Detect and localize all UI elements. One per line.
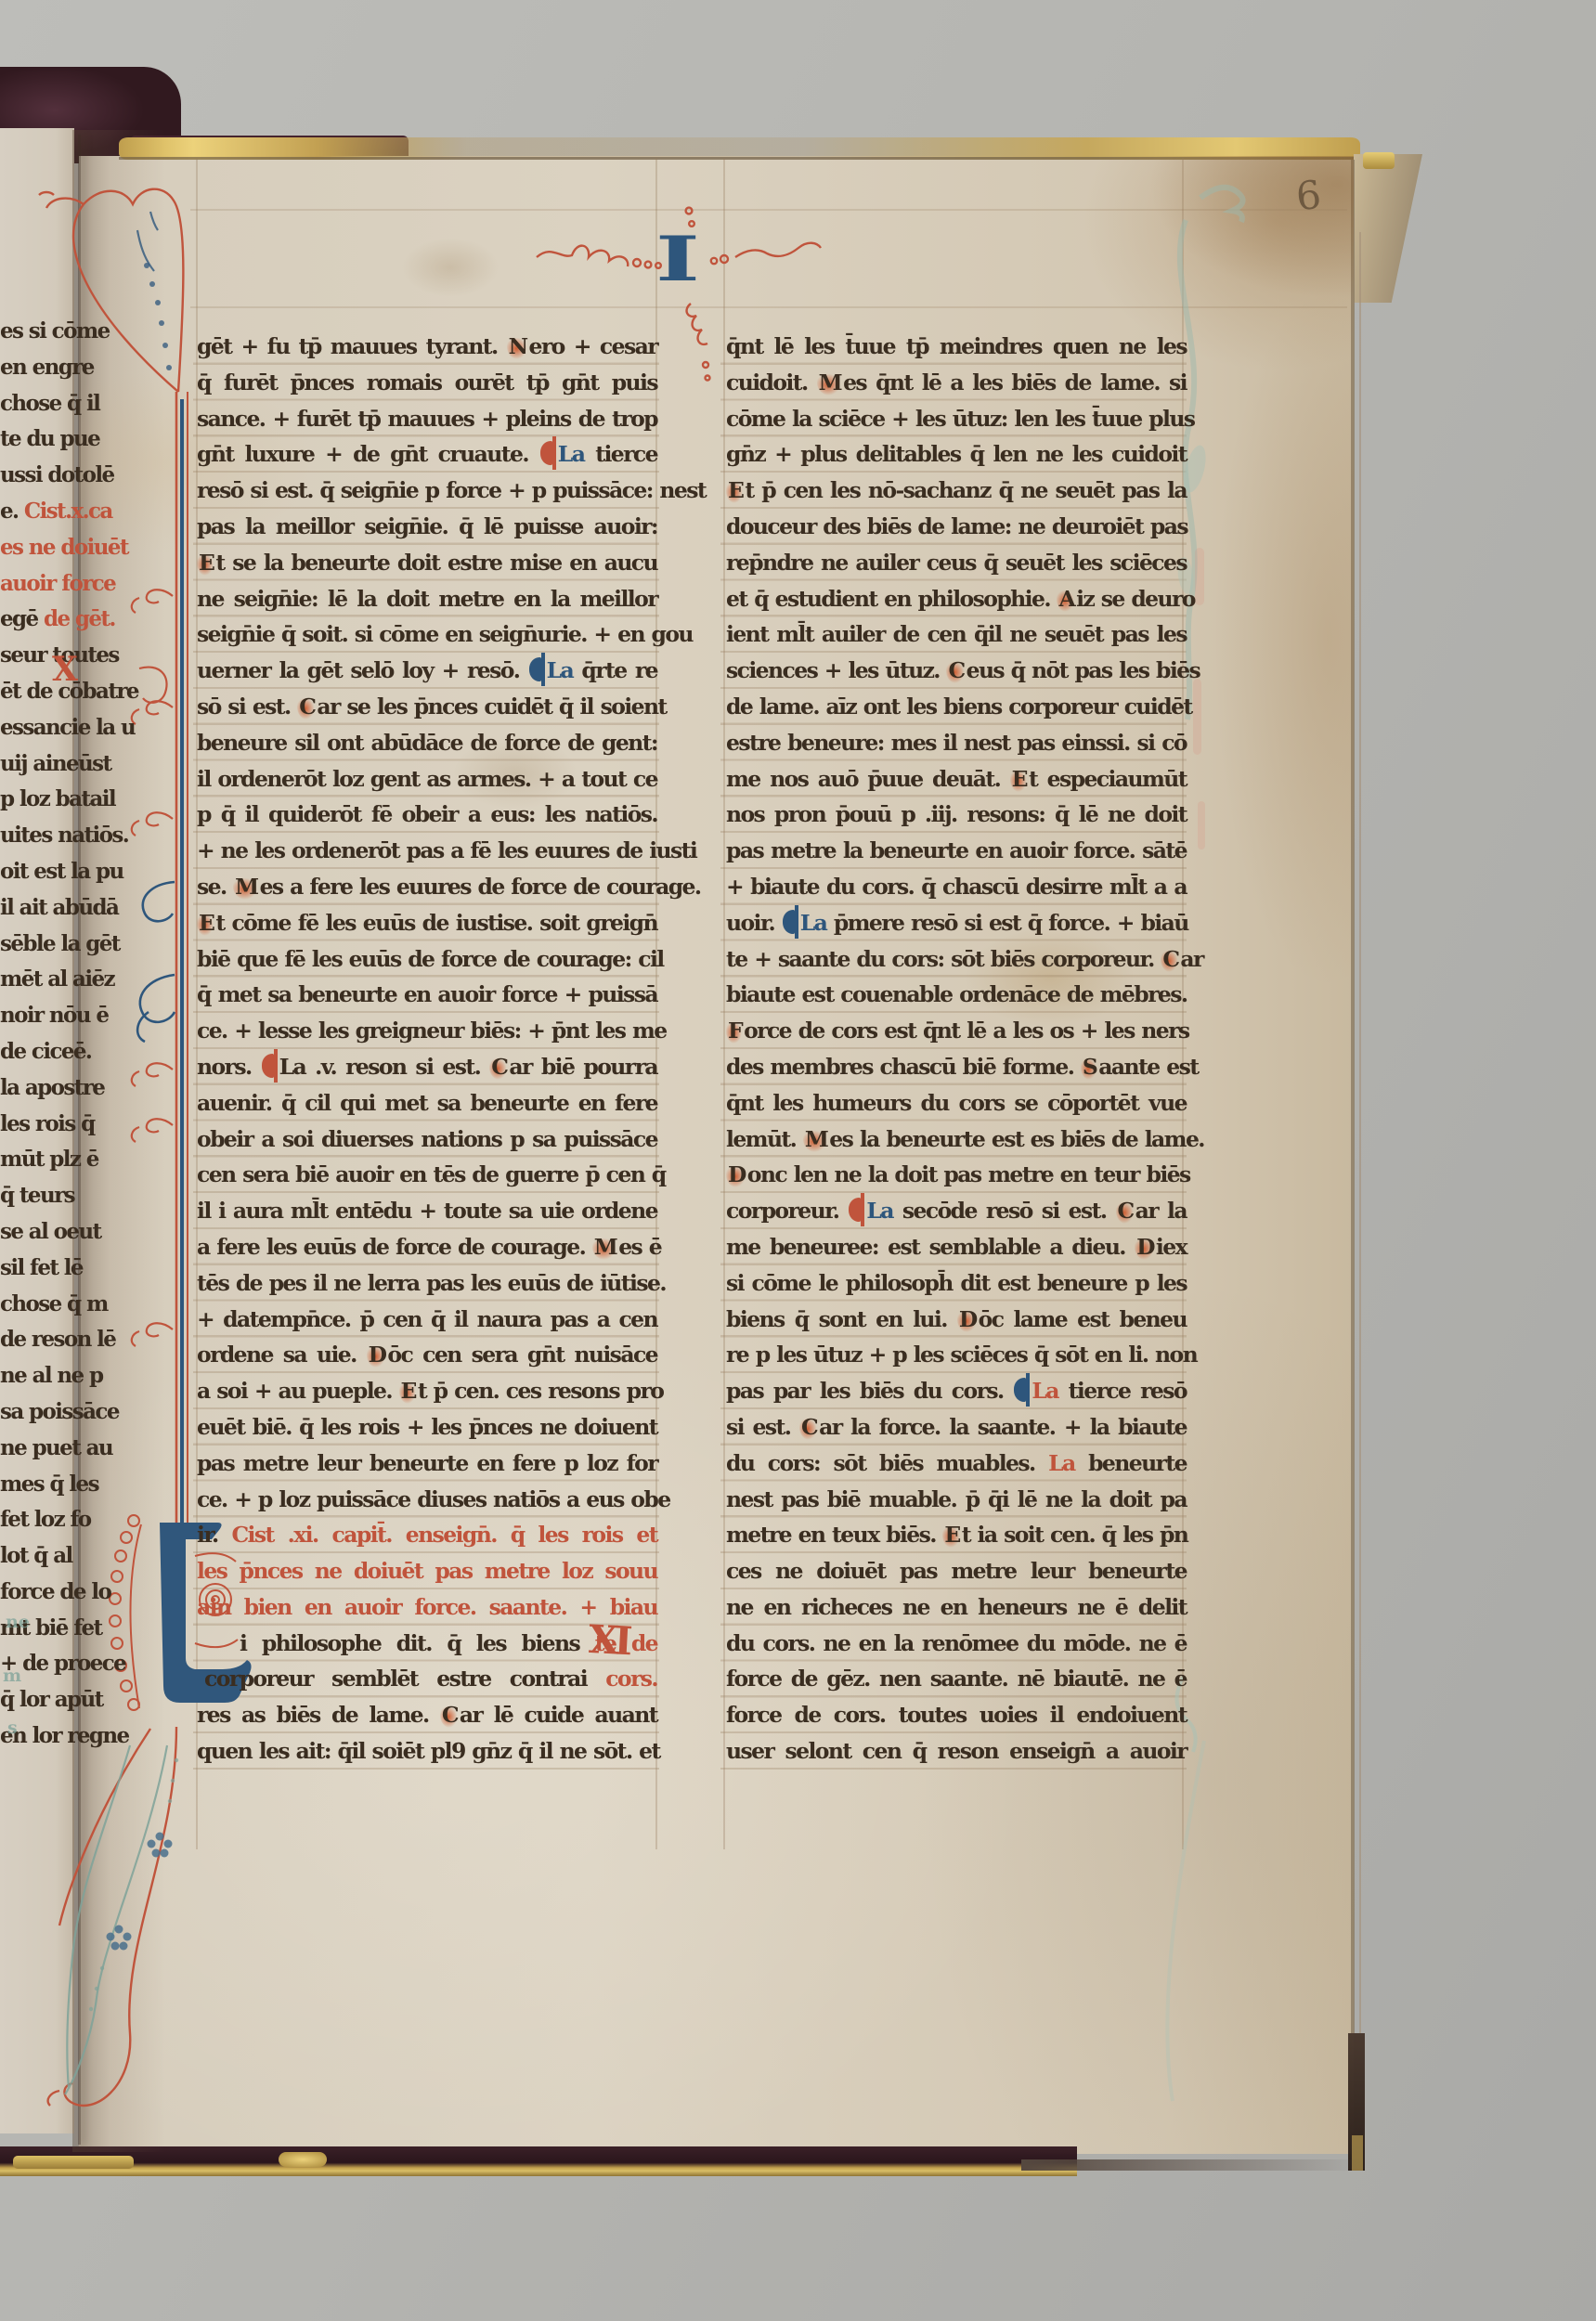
body-text: user selont cen q̄ reson enseign̄ a auoi… — [726, 1738, 1187, 1764]
body-text: ce. + lesse les greigneur biēs: + p̄nt l… — [197, 1018, 667, 1044]
text-line: + datempn̄ce. p̄ cen q̄ il naura pas a c… — [197, 1302, 657, 1338]
body-text: eus q̄ nōt pas les biēs — [967, 657, 1200, 683]
paraph-mark-icon — [1014, 1378, 1026, 1402]
body-text: D — [957, 1306, 979, 1332]
body-text: re p les ūtuz + p les sciēces q̄ sōt en … — [726, 1342, 1197, 1368]
text-line: sil fet lē — [0, 1251, 69, 1287]
body-text: M — [592, 1234, 618, 1260]
body-text: pas la meillor seign̄ie. q̄ lē puisse au… — [197, 513, 657, 539]
text-line: auoir force — [0, 566, 69, 603]
body-text: p q̄ il quiderōt fē obeir a eus: les nat… — [197, 801, 657, 827]
body-text: uerner la gēt selō loy + resō. — [197, 657, 528, 683]
body-text: pas metre la beneurte en auoir force. sā… — [726, 837, 1187, 863]
body-text: quen les ait: q̄il soiēt pl9 gn̄z q̄ il … — [197, 1738, 660, 1764]
body-text: ces ne doiuēt pas metre leur beneurte — [726, 1558, 1187, 1584]
body-text: la apostre — [0, 1075, 104, 1100]
body-text: en engre — [0, 355, 94, 380]
body-text: aante est — [1098, 1054, 1198, 1080]
body-text: a fere les euūs de force de courage. — [197, 1234, 592, 1260]
text-line: ir. Cist .xi. capit̄. enseign̄. q̄ les r… — [197, 1517, 657, 1553]
body-text: + ne les ordenerōt pas a fē les euures d… — [197, 837, 696, 863]
text-line: beneure sil ont abūdāce de force de gent… — [197, 725, 657, 761]
body-text: S — [1081, 1054, 1098, 1080]
body-text: ar se les p̄nces cuidēt q̄ il soient — [317, 694, 666, 720]
text-line: q̄nt les humeurs du cors se cōportēt vue — [726, 1085, 1187, 1122]
text-line: il i aura ml̄t entēdu + toute sa uie ord… — [197, 1193, 657, 1229]
text-line: et q̄ estudient en philosophie. Aiz se d… — [726, 581, 1187, 617]
body-text: corporeur. — [726, 1198, 848, 1224]
text-line: re p les ūtuz + p les sciēces q̄ sōt en … — [726, 1337, 1187, 1373]
text-line: oit est la pu — [0, 854, 69, 890]
text-line: force de cors. toutes uoies il endoiuent — [726, 1697, 1187, 1733]
body-text: force de gēz. nen saante. nē biautē. ne … — [726, 1666, 1187, 1692]
margin-note: ne — [6, 1612, 30, 1632]
text-line: ussi dotolē — [0, 458, 69, 494]
body-text: beneure sil ont abūdāce de force de gent… — [197, 730, 657, 756]
text-line: de ciceē. — [0, 1034, 69, 1070]
rubric-text: Cist.x.ca — [24, 499, 112, 524]
body-text: lot q̄ al — [0, 1543, 72, 1568]
body-text: metre en teux biēs. — [726, 1522, 942, 1548]
text-line: Donc len ne la doit pas metre en teur bi… — [726, 1157, 1187, 1193]
text-line: si est. Car la force. la saante. + la bi… — [726, 1409, 1187, 1446]
text-line: ce. + lesse les greigneur biēs: + p̄nt l… — [197, 1013, 657, 1049]
paraph-mark-icon — [529, 657, 541, 681]
text-line: gēt + fu tp̄ mauues tyrant. Nero + cesar — [197, 329, 657, 365]
text-line: estre beneure: mes il nest pas einssi. s… — [726, 725, 1187, 761]
body-text: sil fet lē — [0, 1255, 83, 1280]
text-line: uij aineūst — [0, 746, 69, 783]
text-line: me nos auō p̄uue deuāt. Et especiaumūt — [726, 761, 1187, 797]
body-text: M — [817, 370, 843, 395]
text-line: des membres chascū biē forme. Saante est — [726, 1049, 1187, 1085]
text-line: de lame. aīz ont les biens corporeur cui… — [726, 689, 1187, 725]
body-text: biens q̄ sont en lui. — [726, 1306, 957, 1332]
text-line: rep̄ndre ne auiler ceus q̄ seuēt les sci… — [726, 545, 1187, 581]
text-line: q̄ teurs — [0, 1178, 69, 1214]
text-line: + biaute du cors. q̄ chascū desirre ml̄t… — [726, 869, 1187, 905]
body-text: sa poissāce — [0, 1399, 119, 1424]
body-text: N — [507, 333, 529, 359]
body-text: q̄ lor apūt — [0, 1687, 103, 1712]
body-text: me nos auō p̄uue deuāt. — [726, 766, 1010, 792]
text-line: tēs de pes il ne lerra pas les euūs de i… — [197, 1265, 657, 1302]
text-line: auenir. q̄ cil qui met sa beneurte en fe… — [197, 1085, 657, 1122]
text-line: essancie la u — [0, 710, 69, 746]
body-text: euēt biē. q̄ les rois + les p̄nces ne do… — [197, 1414, 657, 1440]
body-text: uoir. — [726, 910, 782, 936]
body-text: es la beneurte est es biēs de lame. — [829, 1126, 1204, 1152]
text-line: q̄ lor apūt — [0, 1682, 69, 1718]
body-text: cen sera biē auoir en tēs de guerre p̄ c… — [197, 1161, 666, 1187]
binding-bottom-fade — [1021, 2159, 1365, 2171]
body-text: ar la — [1135, 1198, 1187, 1224]
body-text: iz se deuro — [1076, 586, 1195, 612]
text-line: uites natiōs. — [0, 818, 69, 854]
body-text: tēs de pes il ne lerra pas les euūs de i… — [197, 1270, 666, 1296]
body-text: nors. — [197, 1054, 261, 1080]
rubric-text: La — [1048, 1450, 1075, 1476]
text-line: ain bien en auoir force. saante. + biau — [197, 1589, 657, 1626]
verso-chapter-numeral: X — [52, 650, 78, 689]
margin-note: s — [7, 1718, 18, 1738]
text-line: resō si est. q̄ seign̄ie p force + p pui… — [197, 473, 657, 509]
body-text: uij aineūst — [0, 751, 110, 776]
text-line: corporeur. La secōde resō si est. Car la — [726, 1193, 1187, 1229]
text-line: ient ml̄t auiler de cen q̄il ne seuēt pa… — [726, 616, 1187, 653]
text-line: ne puet au — [0, 1431, 69, 1467]
body-text: ne en richeces ne en heneurs ne ē delit — [726, 1594, 1187, 1620]
text-line: se al oeut — [0, 1214, 69, 1251]
body-text: fet loz fo — [0, 1507, 91, 1532]
book-numeral-ornament: I — [655, 223, 700, 295]
body-text: t ia soit cen. q̄ les p̄n — [962, 1522, 1188, 1548]
text-line: + ne les ordenerōt pas a fē les euures d… — [197, 833, 657, 869]
text-line: uerner la gēt selō loy + resō. La q̄rte … — [197, 653, 657, 689]
body-text: seign̄ie q̄ soit. si cōme en seign̄urie.… — [197, 621, 693, 647]
text-line: fet loz fo — [0, 1502, 69, 1538]
body-text: oit est la pu — [0, 859, 123, 884]
text-line: te + saante du cors: sōt biēs corporeur.… — [726, 941, 1187, 978]
body-text: ne puet au — [0, 1435, 112, 1460]
text-line: cen sera biē auoir en tēs de guerre p̄ c… — [197, 1157, 657, 1193]
body-text: sēble la gēt — [0, 931, 120, 956]
body-text: ne seign̄ie: lē la doit metre en la meil… — [197, 586, 657, 612]
body-text: La — [547, 657, 574, 683]
body-text: e. — [0, 499, 24, 524]
text-line: se. Mes a fere les euures de force de co… — [197, 869, 657, 905]
body-text: C — [1161, 946, 1180, 972]
rubric-text: Cist .xi. capit̄. enseign̄. q̄ les rois … — [231, 1522, 657, 1548]
body-text: pas metre leur beneurte en fere p loz fo… — [197, 1450, 657, 1476]
text-line: es ne doiuēt — [0, 530, 69, 566]
body-text: ir. — [197, 1522, 231, 1548]
body-text: E — [399, 1378, 418, 1404]
body-text: + datempn̄ce. p̄ cen q̄ il naura pas a c… — [197, 1306, 657, 1332]
text-line: chose q̄ il — [0, 386, 69, 422]
text-line: pas par les biēs du cors. La tierce resō — [726, 1373, 1187, 1409]
text-line: a fere les euūs de force de courage. Mes… — [197, 1229, 657, 1265]
body-text: D — [726, 1161, 747, 1187]
text-line: lot q̄ al — [0, 1538, 69, 1575]
text-line: mūt plz ē — [0, 1142, 69, 1178]
text-line: q̄ met sa beneurte en auoir force + puis… — [197, 977, 657, 1013]
body-text: il ait abūdā — [0, 895, 118, 920]
body-text: sō si est. — [197, 694, 297, 720]
body-text: t cōme fē les euūs de iustise. soit grei… — [215, 910, 657, 936]
text-line: sance. + furēt tp̄ mauues + pleins de tr… — [197, 401, 657, 437]
body-text: chose q̄ il — [0, 391, 99, 416]
body-text: C — [1116, 1198, 1135, 1224]
body-text: q̄nt lē les t̄uue tp̄ meindres quen ne l… — [726, 333, 1187, 359]
body-text: es ē — [618, 1234, 661, 1260]
body-text: estre beneure: mes il nest pas einssi. s… — [726, 730, 1187, 756]
body-text: D — [367, 1342, 388, 1368]
text-line: sō si est. Car se les p̄nces cuidēt q̄ i… — [197, 689, 657, 725]
text-line: douceur des biēs de lame: ne deuroiēt pa… — [726, 509, 1187, 545]
text-line: cuidoit. Mes q̄nt lē a les biēs de lame.… — [726, 365, 1187, 401]
text-line: mes q̄ les — [0, 1467, 69, 1503]
rubric-text: auoir force — [0, 571, 115, 596]
body-text: gēt + fu tp̄ mauues tyrant. — [197, 333, 507, 359]
body-text: il ordenerōt loz gent as armes. + a tout… — [197, 766, 657, 792]
body-text: A — [1057, 586, 1076, 612]
text-line: si cōme le philosoph̄ dit est beneure p … — [726, 1265, 1187, 1302]
text-line: res as biēs de lame. Car lē cuide auant — [197, 1697, 657, 1733]
body-text: C — [489, 1054, 509, 1080]
body-text: mēt al aiēz — [0, 966, 114, 992]
body-text: q̄ furēt p̄nces romais ourēt tp̄ gn̄t pu… — [197, 370, 657, 395]
body-text: se. — [197, 874, 233, 900]
text-line: seign̄ie q̄ soit. si cōme en seign̄urie.… — [197, 616, 657, 653]
body-text: La — [866, 1198, 893, 1224]
body-text: il i aura ml̄t entēdu + toute sa uie ord… — [197, 1198, 657, 1224]
body-text: ar biē pourra — [509, 1054, 657, 1080]
rubric-text: cors. — [605, 1666, 657, 1692]
text-line: pas metre leur beneurte en fere p loz fo… — [197, 1446, 657, 1482]
body-text: es q̄nt lē a les biēs de lame. si — [843, 370, 1187, 395]
text-line: chose q̄ m — [0, 1287, 69, 1323]
rubric-text: ain bien en auoir force. saante. + biau — [197, 1594, 657, 1620]
text-line: e. Cist.x.ca — [0, 494, 69, 530]
body-text: gn̄t luxure + de gn̄t cruaute. — [197, 441, 539, 467]
paraph-mark-icon — [783, 910, 795, 934]
body-text: tierce — [584, 441, 657, 467]
body-text: ōc cen sera gn̄t nuisāce — [387, 1342, 657, 1368]
body-text: si cōme le philosoph̄ dit est beneure p … — [726, 1270, 1187, 1296]
body-text: force de cors. toutes uoies il endoiuent — [726, 1702, 1187, 1728]
body-text: cuidoit. — [726, 370, 817, 395]
text-line: ce. + p loz puissāce diuses natiōs a eus… — [197, 1482, 657, 1518]
text-line: ne al ne p — [0, 1358, 69, 1394]
body-text: mūt plz ē — [0, 1147, 98, 1172]
text-line: pas la meillor seign̄ie. q̄ lē puisse au… — [197, 509, 657, 545]
text-line: sciences + les ūtuz. Ceus q̄ nōt pas les… — [726, 653, 1187, 689]
body-text: a soi + au pueple. — [197, 1378, 399, 1404]
body-text: t especiaumūt — [1029, 766, 1187, 792]
body-text: gn̄z + plus delitables q̄ len ne les cui… — [726, 441, 1187, 467]
text-line: Et p̄ cen les nō-sachanz q̄ ne seuēt pas… — [726, 473, 1187, 509]
text-line: corporeur semblēt estre contrai cors. — [197, 1661, 657, 1697]
body-text: La .v. reson si est. — [279, 1054, 490, 1080]
body-text: q̄ met sa beneurte en auoir force + puis… — [197, 981, 657, 1007]
body-text: egē — [0, 606, 44, 631]
body-text: E — [1010, 766, 1029, 792]
body-text: E — [726, 477, 745, 503]
body-text: me beneuree: est semblable a dieu. — [726, 1234, 1135, 1260]
body-text: onc len ne la doit pas metre en teur biē… — [747, 1161, 1190, 1187]
text-line: Force de cors est q̄nt lē a les os + les… — [726, 1013, 1187, 1049]
body-text: M — [803, 1126, 829, 1152]
text-line: te du pue — [0, 421, 69, 458]
body-text: des membres chascū biē forme. — [726, 1054, 1081, 1080]
body-text: beneurte — [1075, 1450, 1187, 1476]
text-line: q̄nt lē les t̄uue tp̄ meindres quen ne l… — [726, 329, 1187, 365]
body-text: sance. + furēt tp̄ mauues + pleins de tr… — [197, 406, 657, 432]
body-text: ar — [1180, 946, 1202, 972]
body-text: E — [197, 910, 215, 936]
body-text: de lame. aīz ont les biens corporeur cui… — [726, 694, 1192, 720]
folio-number: 6 — [1294, 172, 1324, 220]
text-line: mēt al aiēz — [0, 962, 69, 998]
body-text: i philosophe dit. q̄ les biens — [240, 1630, 595, 1656]
body-text: C — [799, 1414, 819, 1440]
body-text: biaute est couenable ordenāce de mēbres. — [726, 981, 1187, 1007]
body-text: iex — [1156, 1234, 1187, 1260]
body-text: ōc lame est beneu — [979, 1306, 1187, 1332]
body-text: pas par les biēs du cors. — [726, 1378, 1013, 1404]
body-text: te + saante du cors: sōt biēs corporeur. — [726, 946, 1161, 972]
body-text: q̄ teurs — [0, 1183, 74, 1208]
text-line: du cors. ne en la renōmee du mōde. ne ē — [726, 1626, 1187, 1662]
text-line: il ait abūdā — [0, 890, 69, 927]
text-line: noir nōu ē — [0, 998, 69, 1034]
text-line: p q̄ il quiderōt fē obeir a eus: les nat… — [197, 797, 657, 833]
body-text: si est. — [726, 1414, 799, 1440]
body-text: + biaute du cors. q̄ chascū desirre ml̄t… — [726, 874, 1187, 900]
body-text: cōme la sciēce + les ūtuz: len les t̄uue… — [726, 406, 1194, 432]
body-text: resō si est. q̄ seign̄ie p force + p pui… — [197, 477, 706, 503]
body-text: les rois q̄ — [0, 1111, 95, 1136]
body-text: ar lē cuide auant — [460, 1702, 657, 1728]
text-line: a soi + au pueple. Et p̄ cen. ces resons… — [197, 1373, 657, 1409]
body-text: E — [942, 1522, 961, 1548]
body-text: sciences + les ūtuz. — [726, 657, 946, 683]
text-line: gn̄z + plus delitables q̄ len ne les cui… — [726, 436, 1187, 473]
body-text: biē que fē les euūs de force de courage:… — [197, 946, 664, 972]
text-line: egē de gēt. — [0, 602, 69, 638]
text-line: metre en teux biēs. Et ia soit cen. q̄ l… — [726, 1517, 1187, 1553]
body-text: p loz batail — [0, 786, 115, 811]
text-line: nos pron p̄ouū p .iij. resons: q̄ lē ne … — [726, 797, 1187, 833]
body-text: C — [946, 657, 966, 683]
body-text: rep̄ndre ne auiler ceus q̄ seuēt les sci… — [726, 550, 1187, 576]
body-text: force de lo — [0, 1579, 110, 1604]
text-line: il ordenerōt loz gent as armes. + a tout… — [197, 761, 657, 797]
body-text: mes q̄ les — [0, 1472, 98, 1497]
body-text: ero + cesar — [529, 333, 657, 359]
body-text: nos pron p̄ouū p .iij. resons: q̄ lē ne … — [726, 801, 1187, 827]
paraph-mark-icon — [540, 441, 552, 465]
body-text: secōde resō si est. — [893, 1198, 1116, 1224]
body-text: t p̄ cen. ces resons pro — [418, 1378, 663, 1404]
text-line: q̄ furēt p̄nces romais ourēt tp̄ gn̄t pu… — [197, 365, 657, 401]
text-line: nors. La .v. reson si est. Car biē pourr… — [197, 1049, 657, 1085]
text-line: lemūt. Mes la beneurte est es biēs de la… — [726, 1122, 1187, 1158]
text-line: nest pas biē muable. p̄ q̄i lē ne la doi… — [726, 1482, 1187, 1518]
body-text: t p̄ cen les nō-sachanz q̄ ne seuēt pas … — [745, 477, 1187, 503]
text-line: ordene sa uie. Dōc cen sera gn̄t nuisāce — [197, 1337, 657, 1373]
margin-note: m — [3, 1666, 21, 1686]
body-text: La — [800, 910, 827, 936]
right-text-column: q̄nt lē les t̄uue tp̄ meindres quen ne l… — [726, 329, 1187, 1770]
body-text: tierce resō — [1058, 1378, 1187, 1404]
body-text: M — [233, 874, 259, 900]
body-text: du cors: sōt biēs muables. — [726, 1450, 1048, 1476]
text-line: pas metre la beneurte en auoir force. sā… — [726, 833, 1187, 869]
body-text: noir nōu ē — [0, 1003, 108, 1028]
text-line: Et se la beneurte doit estre mise en auc… — [197, 545, 657, 581]
paraph-mark-icon — [849, 1198, 861, 1222]
body-text: F — [726, 1018, 744, 1044]
body-text: de reson lē — [0, 1327, 115, 1352]
text-line: cōme la sciēce + les ūtuz: len les t̄uue… — [726, 401, 1187, 437]
paraph-mark-icon — [262, 1054, 274, 1078]
text-line: biē que fē les euūs de force de courage:… — [197, 941, 657, 978]
body-text: q̄nt les humeurs du cors se cōportēt vue — [726, 1090, 1187, 1116]
rubric-text: les p̄nces ne doiuēt pas metre loz souu — [197, 1558, 657, 1584]
text-line: force de gēz. nen saante. nē biautē. ne … — [726, 1661, 1187, 1697]
rubric-text: es ne doiuēt — [0, 535, 128, 560]
body-text: nest pas biē muable. p̄ q̄i lē ne la doi… — [726, 1486, 1187, 1512]
text-line: ne seign̄ie: lē la doit metre en la meil… — [197, 581, 657, 617]
text-line: obeir a soi diuerses nations p sa puissā… — [197, 1122, 657, 1158]
body-text: et q̄ estudient en philosophie. — [726, 586, 1057, 612]
body-text: te du pue — [0, 426, 99, 451]
body-text: douceur des biēs de lame: ne deuroiēt pa… — [726, 513, 1187, 539]
gilt-clasp — [279, 2152, 327, 2167]
text-line: la apostre — [0, 1070, 69, 1107]
verso-text-column: es si cōmeen engrechose q̄ ilte du pueus… — [0, 314, 69, 1755]
body-text: orce de cors est q̄nt lē a les os + les … — [744, 1018, 1188, 1044]
body-text: p̄mere resō si est q̄ force. + biaū — [826, 910, 1187, 936]
body-text: q̄rte re — [573, 657, 657, 683]
body-text: es si cōme — [0, 318, 110, 344]
gilt-corner — [1363, 152, 1395, 169]
text-line: force de lo — [0, 1575, 69, 1611]
text-line: sa poissāce — [0, 1394, 69, 1431]
text-line: du cors: sōt biēs muables. La beneurte — [726, 1446, 1187, 1482]
rubric-text: La — [1032, 1378, 1058, 1404]
text-line: user selont cen q̄ reson enseign̄ a auoi… — [726, 1733, 1187, 1770]
text-line: me beneuree: est semblable a dieu. Diex — [726, 1229, 1187, 1265]
text-line: les rois q̄ — [0, 1107, 69, 1143]
page-top-edge — [119, 157, 1356, 160]
body-text: ce. + p loz puissāce diuses natiōs a eus… — [197, 1486, 670, 1512]
body-text: ussi dotolē — [0, 462, 114, 487]
body-text: t se la beneurte doit estre mise en aucu — [215, 550, 657, 576]
text-line: p loz batail — [0, 782, 69, 818]
body-text: du cors. ne en la renōmee du mōde. ne ē — [726, 1630, 1187, 1656]
body-text: corporeur semblēt estre contrai — [204, 1666, 605, 1692]
body-text: lemūt. — [726, 1126, 803, 1152]
rubric-text: de gēt. — [44, 606, 115, 631]
text-line: ces ne doiuēt pas metre leur beneurte — [726, 1553, 1187, 1589]
body-text: ar la force. la saante. + la biaute — [819, 1414, 1187, 1440]
text-line: biens q̄ sont en lui. Dōc lame est beneu — [726, 1302, 1187, 1338]
text-line: quen les ait: q̄il soiēt pl9 gn̄z q̄ il … — [197, 1733, 657, 1770]
body-text: ne al ne p — [0, 1363, 102, 1388]
manuscript-photo: { "folio_number": "6", "header": { "book… — [0, 0, 1596, 2321]
text-line: de reson lē — [0, 1322, 69, 1358]
text-line: ne en richeces ne en heneurs ne ē delit — [726, 1589, 1187, 1626]
body-text: auenir. q̄ cil qui met sa beneurte en fe… — [197, 1090, 657, 1116]
text-line: biaute est couenable ordenāce de mēbres. — [726, 977, 1187, 1013]
body-text: es a fere les euures de force de courage… — [260, 874, 701, 900]
body-text: de ciceē. — [0, 1039, 91, 1064]
text-line: gn̄t luxure + de gn̄t cruaute. La tierce — [197, 436, 657, 473]
body-text: E — [197, 550, 215, 576]
body-text: ordene sa uie. — [197, 1342, 367, 1368]
left-text-column: gēt + fu tp̄ mauues tyrant. Nero + cesar… — [197, 329, 657, 1770]
body-text: res as biēs de lame. — [197, 1702, 440, 1728]
body-text: La — [558, 441, 585, 467]
body-text: C — [440, 1702, 460, 1728]
body-text: obeir a soi diuerses nations p sa puissā… — [197, 1126, 657, 1152]
gilt-bottom-left — [13, 2156, 134, 2169]
text-line: en engre — [0, 350, 69, 386]
body-text: essancie la u — [0, 715, 135, 740]
